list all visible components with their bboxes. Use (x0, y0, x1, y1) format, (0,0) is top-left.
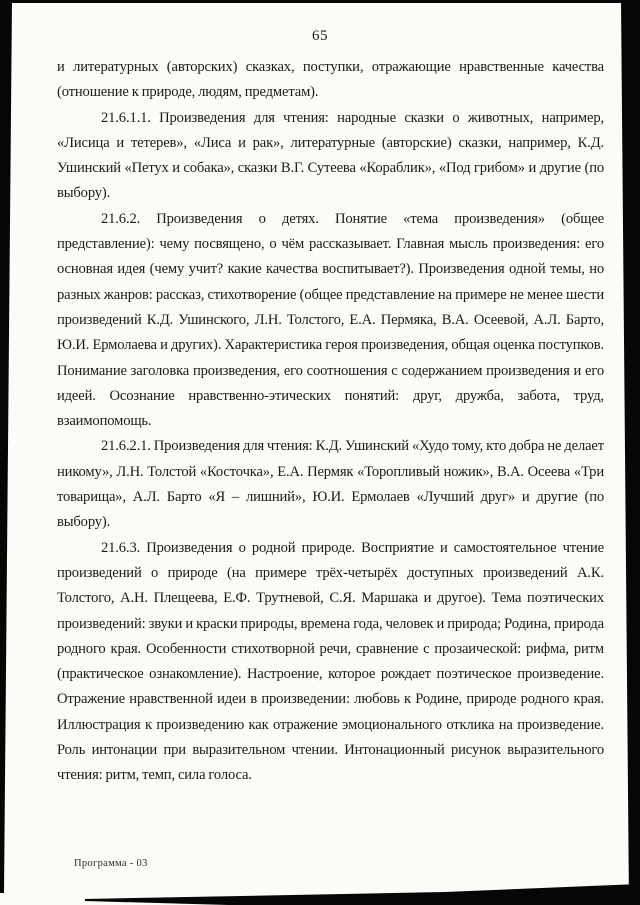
footer-program-label: Программа - 03 (74, 858, 148, 869)
paragraph-21-6-1-1: 21.6.1.1. Произведения для чтения: народ… (57, 106, 604, 207)
scan-edge-bottom (0, 880, 640, 905)
scan-edge-right (619, 0, 640, 905)
document-text-block: и литературных (авторских) сказках, пост… (57, 55, 604, 789)
scan-edge-left (0, 0, 12, 893)
page-number: 65 (0, 28, 640, 45)
paragraph-21-6-3: 21.6.3. Произведения о родной природе. В… (57, 536, 604, 789)
paragraph-21-6-2: 21.6.2. Произведения о детях. Понятие «т… (57, 207, 604, 435)
paragraph-21-6-2-1: 21.6.2.1. Произведения для чтения: К.Д. … (57, 434, 604, 535)
scan-edge-top (0, 0, 640, 3)
scanned-document-page: 65 и литературных (авторских) сказках, п… (0, 0, 640, 905)
paragraph-continuation: и литературных (авторских) сказках, пост… (57, 55, 604, 106)
